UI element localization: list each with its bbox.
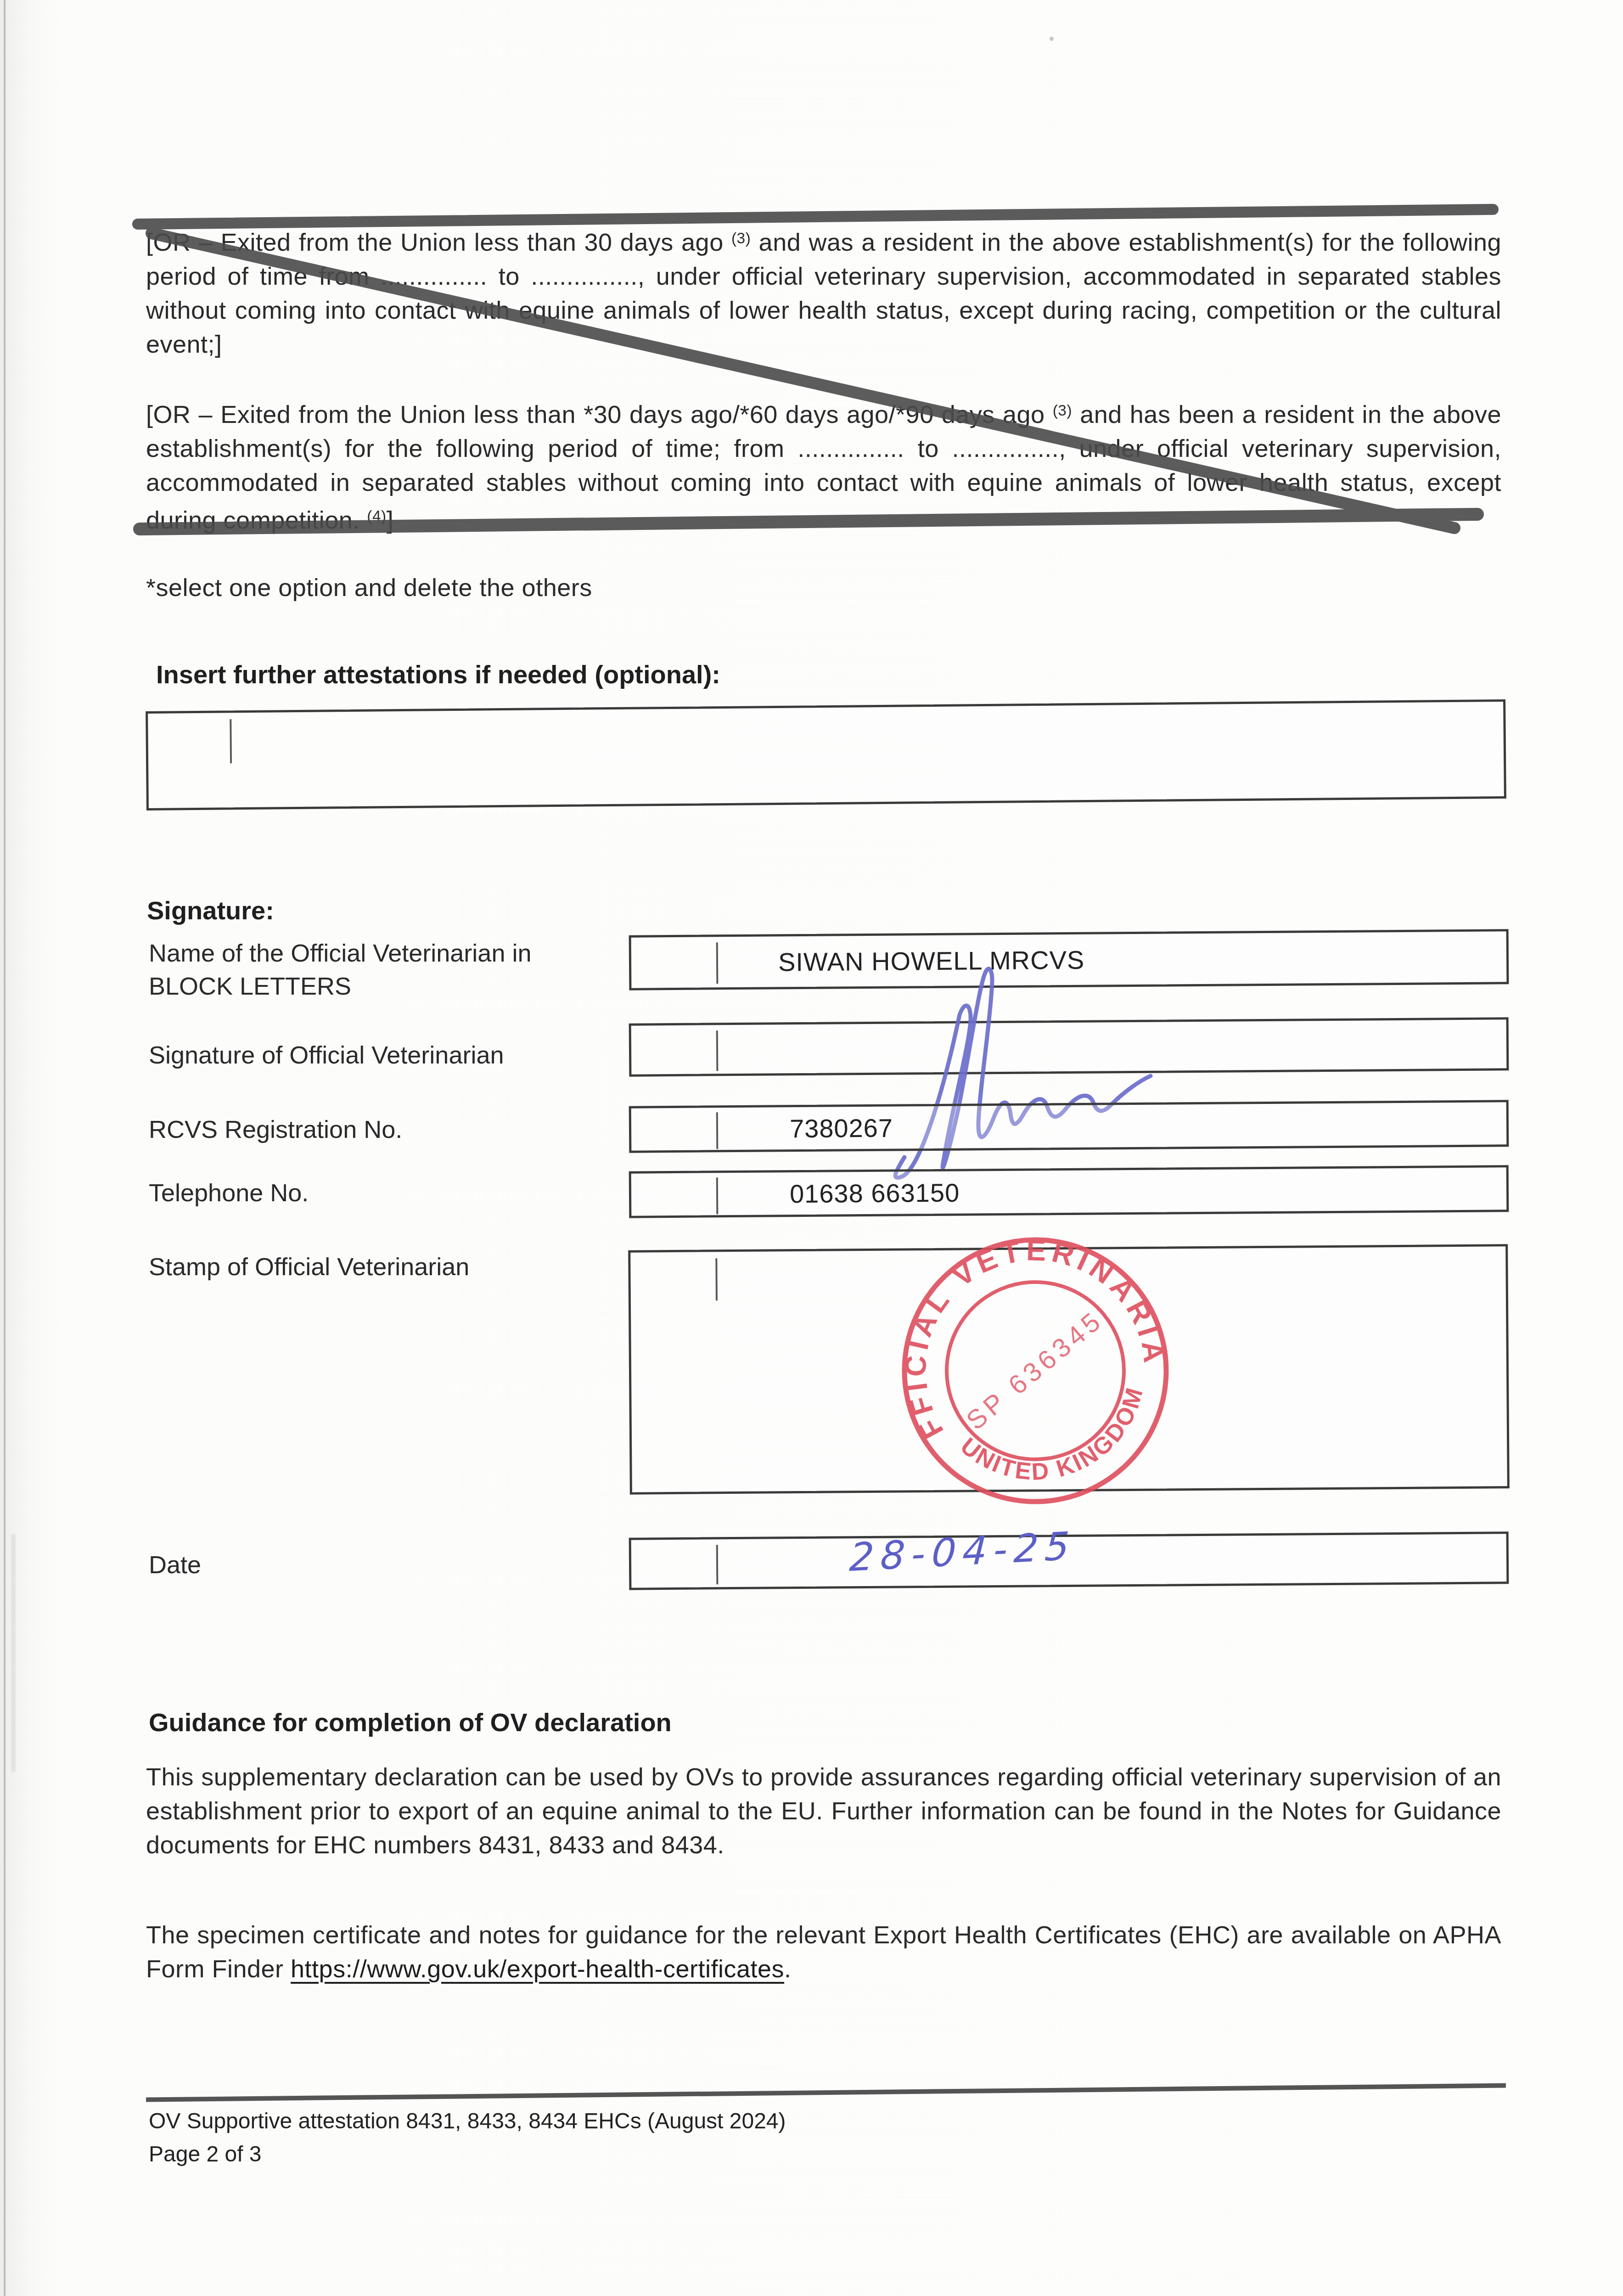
date-label: Date bbox=[149, 1548, 201, 1581]
attestation-option-2: [OR – Exited from the Union less than *3… bbox=[146, 394, 1501, 537]
cursor-tick-mark bbox=[716, 1112, 719, 1149]
cursor-tick-mark bbox=[716, 1030, 719, 1071]
telephone-label: Telephone No. bbox=[149, 1176, 309, 1210]
footnote-ref-4: (4) bbox=[367, 508, 386, 525]
signature-field-box bbox=[629, 1017, 1509, 1076]
footnote-ref-3b: (3) bbox=[1053, 402, 1072, 419]
guidance-paragraph-2-end: . bbox=[784, 1955, 792, 1983]
attestation-option-2-text: [OR – Exited from the Union less than *3… bbox=[146, 401, 1053, 428]
cursor-tick-mark bbox=[715, 1258, 718, 1300]
name-label: Name of the Official Veterinarian in BLO… bbox=[149, 937, 594, 1003]
footer-divider-line bbox=[146, 2083, 1506, 2102]
stamp-label: Stamp of Official Veterinarian bbox=[149, 1250, 469, 1283]
telephone-value: 01638 663150 bbox=[790, 1171, 960, 1215]
select-option-note: *select one option and delete the others bbox=[146, 571, 1501, 605]
guidance-paragraph-1: This supplementary declaration can be us… bbox=[146, 1760, 1501, 1862]
cursor-tick-mark bbox=[716, 1545, 719, 1584]
further-attestations-box bbox=[146, 699, 1506, 810]
scan-smudge bbox=[11, 1534, 16, 1773]
signature-label: Signature of Official Veterinarian bbox=[149, 1039, 504, 1072]
footer-page-number: Page 2 of 3 bbox=[149, 2142, 262, 2167]
stamp-field-box bbox=[628, 1244, 1510, 1494]
further-attestations-heading: Insert further attestations if needed (o… bbox=[156, 659, 720, 689]
cursor-tick-mark bbox=[716, 1177, 719, 1214]
attestation-option-1: [OR – Exited from the Union less than 30… bbox=[146, 222, 1501, 361]
scanned-document-page: [OR – Exited from the Union less than 30… bbox=[0, 0, 1623, 2296]
telephone-box: 01638 663150 bbox=[629, 1165, 1509, 1218]
signature-section-heading: Signature: bbox=[147, 895, 274, 925]
rcvs-registration-label: RCVS Registration No. bbox=[149, 1113, 402, 1146]
guidance-heading: Guidance for completion of OV declaratio… bbox=[149, 1707, 672, 1737]
scan-edge-line bbox=[4, 0, 6, 2296]
guidance-paragraph-2: The specimen certificate and notes for g… bbox=[146, 1918, 1501, 1986]
name-value: SIWAN HOWELL MRCVS bbox=[778, 934, 1085, 987]
export-health-certificates-link[interactable]: https://www.gov.uk/export-health-certifi… bbox=[291, 1955, 784, 1983]
name-field-box: SIWAN HOWELL MRCVS bbox=[629, 929, 1509, 990]
scan-dot-artifact bbox=[1050, 37, 1054, 41]
attestation-option-2-text-end: ] bbox=[387, 506, 394, 534]
cursor-tick-mark bbox=[716, 942, 719, 984]
footnote-ref-3: (3) bbox=[731, 230, 751, 247]
footer-document-reference: OV Supportive attestation 8431, 8433, 84… bbox=[149, 2109, 786, 2134]
rcvs-registration-value: 7380267 bbox=[790, 1107, 893, 1150]
attestation-option-1-text: [OR – Exited from the Union less than 30… bbox=[146, 229, 731, 256]
rcvs-registration-box: 7380267 bbox=[629, 1100, 1509, 1153]
cursor-tick-mark bbox=[230, 719, 232, 763]
